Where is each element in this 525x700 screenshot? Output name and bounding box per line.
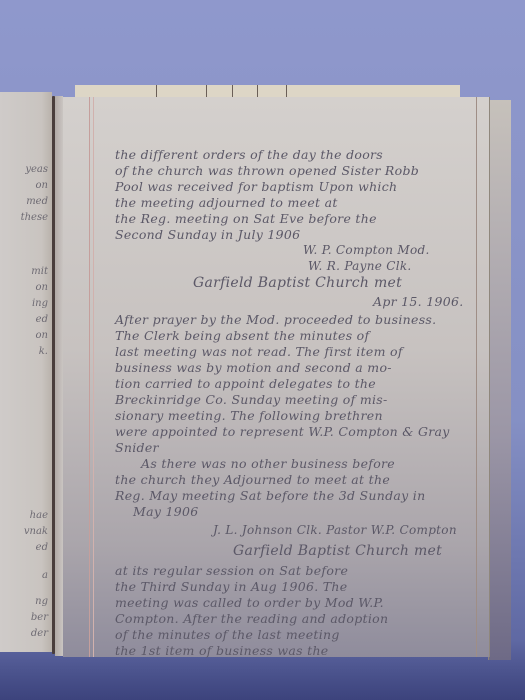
handwritten-line: of the church was thrown opened Sister R… bbox=[115, 163, 419, 178]
left-fragment: on bbox=[36, 330, 48, 341]
left-fragment: vnak bbox=[24, 526, 48, 537]
left-fragment: hae bbox=[30, 510, 48, 521]
left-fragment: a bbox=[42, 570, 48, 581]
handwritten-line: Second Sunday in July 1906 bbox=[115, 227, 300, 242]
margin-line bbox=[89, 97, 90, 657]
handwritten-line: As there was no other business before bbox=[141, 456, 395, 471]
handwritten-line: last meeting was not read. The first ite… bbox=[115, 344, 403, 359]
signature-moderator: W. P. Compton Mod. bbox=[303, 243, 430, 257]
right-rule-line bbox=[476, 97, 477, 657]
handwritten-line: sionary meeting. The following brethren bbox=[115, 408, 383, 423]
left-fragment: on bbox=[36, 282, 48, 293]
ruled-tick bbox=[257, 85, 258, 97]
entry-date: Apr 15. 1906. bbox=[373, 294, 464, 309]
handwritten-line: the meeting adjourned to meet at bbox=[115, 195, 338, 210]
entry-heading: Garfield Baptist Church met bbox=[193, 275, 402, 291]
left-fragment: ber bbox=[31, 612, 48, 623]
handwritten-line: the church they Adjourned to meet at the bbox=[115, 472, 390, 487]
left-fragment: on bbox=[36, 180, 48, 191]
handwritten-line: After prayer by the Mod. proceeded to bu… bbox=[115, 312, 436, 327]
ruled-tick bbox=[206, 85, 207, 97]
stacked-page-edges bbox=[488, 100, 511, 660]
handwritten-line: the Third Sunday in Aug 1906. The bbox=[115, 579, 347, 594]
handwritten-line: Compton. After the reading and adoption bbox=[115, 611, 388, 626]
ruled-tick bbox=[286, 85, 287, 97]
left-fragment: der bbox=[31, 628, 48, 639]
ruled-tick bbox=[232, 85, 233, 97]
handwritten-line: tion carried to appoint delegates to the bbox=[115, 376, 376, 391]
left-fragment: k. bbox=[39, 346, 48, 357]
handwritten-line: of the minutes of the last meeting bbox=[115, 627, 340, 642]
handwritten-line: at its regular session on Sat before bbox=[115, 563, 348, 578]
signature-clerk: W. R. Payne Clk. bbox=[308, 259, 412, 273]
handwritten-line: The Clerk being absent the minutes of bbox=[115, 328, 369, 343]
right-page: the different orders of the day the door… bbox=[63, 97, 490, 657]
margin-line bbox=[93, 97, 94, 657]
page-spine-line bbox=[52, 96, 55, 654]
left-fragment: mit bbox=[31, 266, 48, 277]
handwritten-line: Pool was received for baptism Upon which bbox=[115, 179, 397, 194]
left-fragment: ng bbox=[35, 596, 48, 607]
handwritten-line: the different orders of the day the door… bbox=[115, 147, 383, 162]
handwritten-line: business was by motion and second a mo- bbox=[115, 360, 392, 375]
left-fragment: yeas bbox=[25, 164, 48, 175]
handwritten-line: the Reg. meeting on Sat Eve before the bbox=[115, 211, 377, 226]
left-page: yeas on med these mit on ing ed on k. ha… bbox=[0, 92, 52, 652]
left-fragment: med bbox=[26, 196, 48, 207]
handwritten-line: were appointed to represent W.P. Compton… bbox=[115, 424, 450, 439]
left-fragment: ed bbox=[36, 542, 48, 553]
ruled-tick bbox=[156, 85, 157, 97]
handwritten-line: meeting was called to order by Mod W.P. bbox=[115, 595, 384, 610]
handwritten-line: the 1st item of business was the bbox=[115, 643, 329, 658]
handwritten-line: Snider bbox=[115, 440, 159, 455]
entry-heading: Garfield Baptist Church met bbox=[233, 543, 442, 559]
book-gutter bbox=[55, 96, 63, 656]
left-fragment: ed bbox=[36, 314, 48, 325]
left-fragment: ing bbox=[32, 298, 48, 309]
left-fragment: these bbox=[21, 212, 48, 223]
handwritten-line: May 1906 bbox=[133, 504, 199, 519]
handwritten-line: Breckinridge Co. Sunday meeting of mis- bbox=[115, 392, 388, 407]
signature-line: J. L. Johnson Clk. Pastor W.P. Compton bbox=[213, 523, 457, 537]
handwritten-line: Reg. May meeting Sat before the 3d Sunda… bbox=[115, 488, 425, 503]
